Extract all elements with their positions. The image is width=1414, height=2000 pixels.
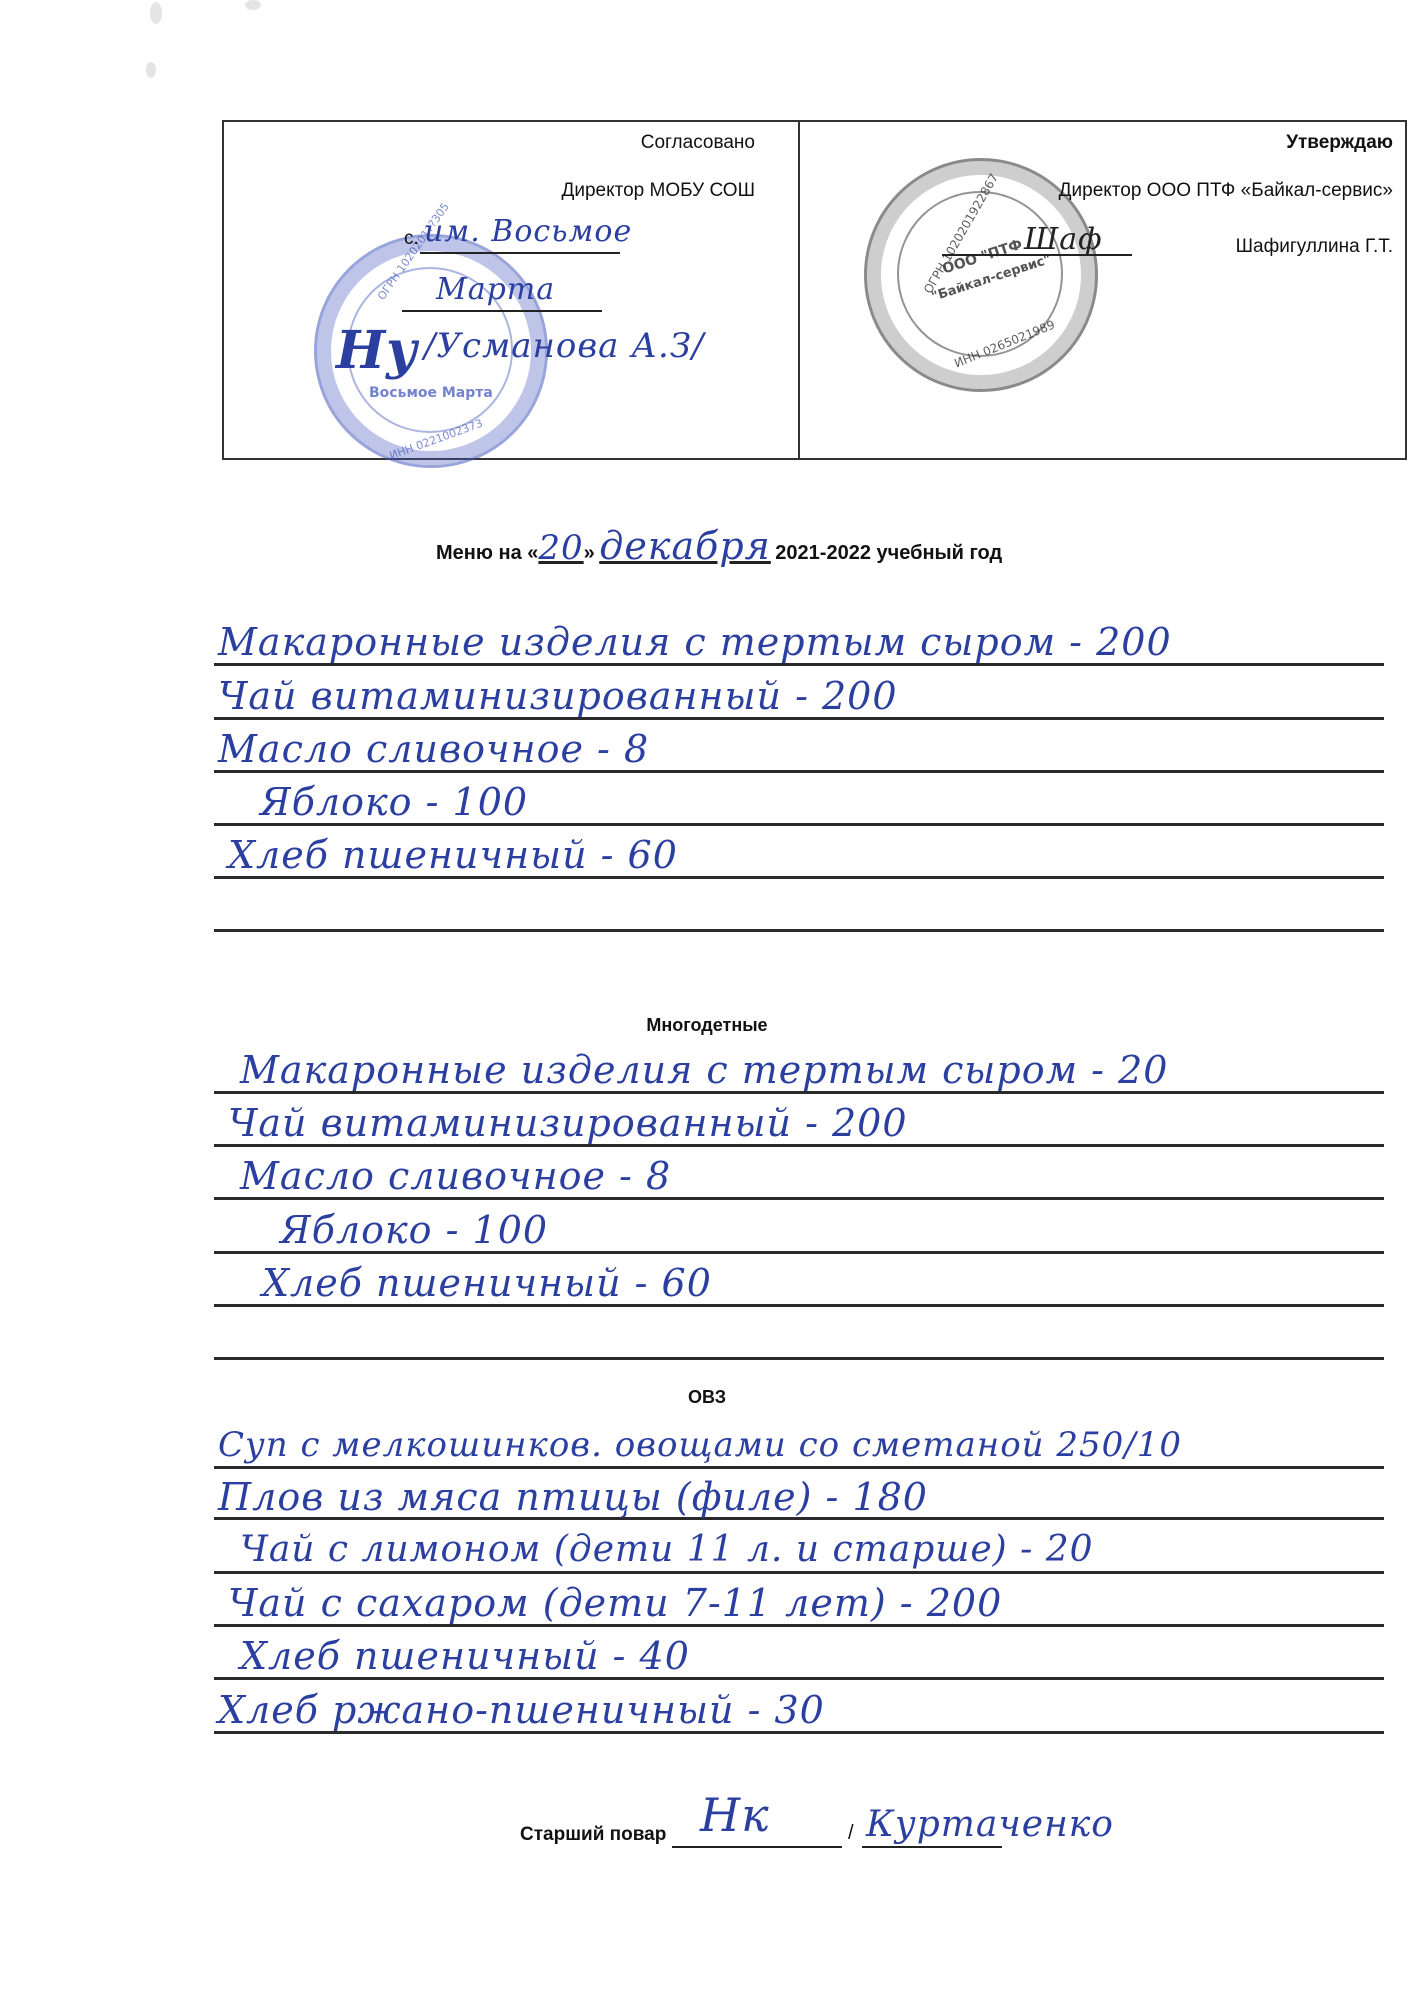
village-underline-1 xyxy=(420,252,620,254)
village-handwritten-1: им. Восьмое xyxy=(424,214,632,249)
section-heading: Многодетные xyxy=(0,1015,1414,1036)
menu-item: Макаронные изделия с тертым сыром - 200 xyxy=(218,620,1172,664)
section-heading: ОВЗ xyxy=(0,1387,1414,1408)
senior-cook-name: Куртаченко xyxy=(866,1804,1114,1845)
menu-item: Суп с мелкошинков. овощами со сметаной 2… xyxy=(218,1423,1182,1467)
menu-item: Яблоко - 100 xyxy=(260,780,528,824)
village-underline-2 xyxy=(402,310,602,312)
menu-item: Чай витаминизированный - 200 xyxy=(218,674,898,718)
title-mid: » xyxy=(584,542,595,564)
title-prefix: Меню на « xyxy=(436,542,538,564)
school-director-position: Директор МОБУ СОШ xyxy=(561,180,755,202)
signature-underline xyxy=(672,1846,842,1848)
menu-item: Хлеб пшеничный - 60 xyxy=(228,833,678,877)
company-director-signature: Шаф xyxy=(1024,222,1103,257)
menu-item: Хлеб пшеничный - 60 xyxy=(262,1261,712,1305)
village-handwritten-2: Марта xyxy=(436,272,555,307)
senior-cook-signature: Нк xyxy=(700,1788,770,1842)
scan-smudge xyxy=(245,0,261,10)
signature-separator: / xyxy=(848,1822,854,1845)
village-prefix: с. xyxy=(404,228,419,250)
name-underline xyxy=(862,1846,1002,1848)
menu-item: Масло сливочное - 8 xyxy=(240,1154,671,1198)
menu-item: Чай витаминизированный - 200 xyxy=(228,1101,908,1145)
menu-item: Чай с сахаром (дети 7-11 лет) - 200 xyxy=(228,1581,1002,1625)
scan-smudge xyxy=(146,62,156,78)
menu-item: Хлеб пшеничный - 40 xyxy=(240,1634,690,1678)
title-month: декабря xyxy=(599,524,771,568)
ruled-line xyxy=(214,1357,1384,1360)
table-divider xyxy=(798,122,800,458)
menu-item: Яблоко - 100 xyxy=(280,1208,548,1252)
scan-smudge xyxy=(150,2,162,24)
approved-heading: Согласовано xyxy=(641,132,755,154)
menu-item: Плов из мяса птицы (филе) - 180 xyxy=(218,1475,928,1519)
school-director-signature: Ну xyxy=(336,320,418,381)
menu-title: Меню на «20» декабря 2021-2022 учебный г… xyxy=(436,524,1002,568)
menu-item: Масло сливочное - 8 xyxy=(218,727,649,771)
ruled-line xyxy=(214,929,1384,932)
senior-cook-label: Старший повар xyxy=(520,1824,666,1846)
school-director-name: /Усманова А.З/ xyxy=(424,326,704,366)
company-director-name: Шафигуллина Г.Т. xyxy=(1236,236,1393,258)
menu-item: Макаронные изделия с тертым сыром - 20 xyxy=(240,1048,1168,1092)
stamp-center: Восьмое Марта xyxy=(369,385,493,401)
company-director-position: Директор ООО ПТФ «Байкал-сервис» xyxy=(1059,180,1393,202)
menu-item: Хлеб ржано-пшеничный - 30 xyxy=(218,1688,825,1732)
approval-table: ОГРН 1020201??305 Восьмое Марта ИНН 0221… xyxy=(222,120,1407,460)
title-year: 2021-2022 учебный год xyxy=(775,542,1002,564)
approve-heading: Утверждаю xyxy=(1286,132,1393,154)
menu-item: Чай с лимоном (дети 11 л. и старше) - 20 xyxy=(240,1528,1094,1572)
title-day: 20 xyxy=(538,528,583,568)
